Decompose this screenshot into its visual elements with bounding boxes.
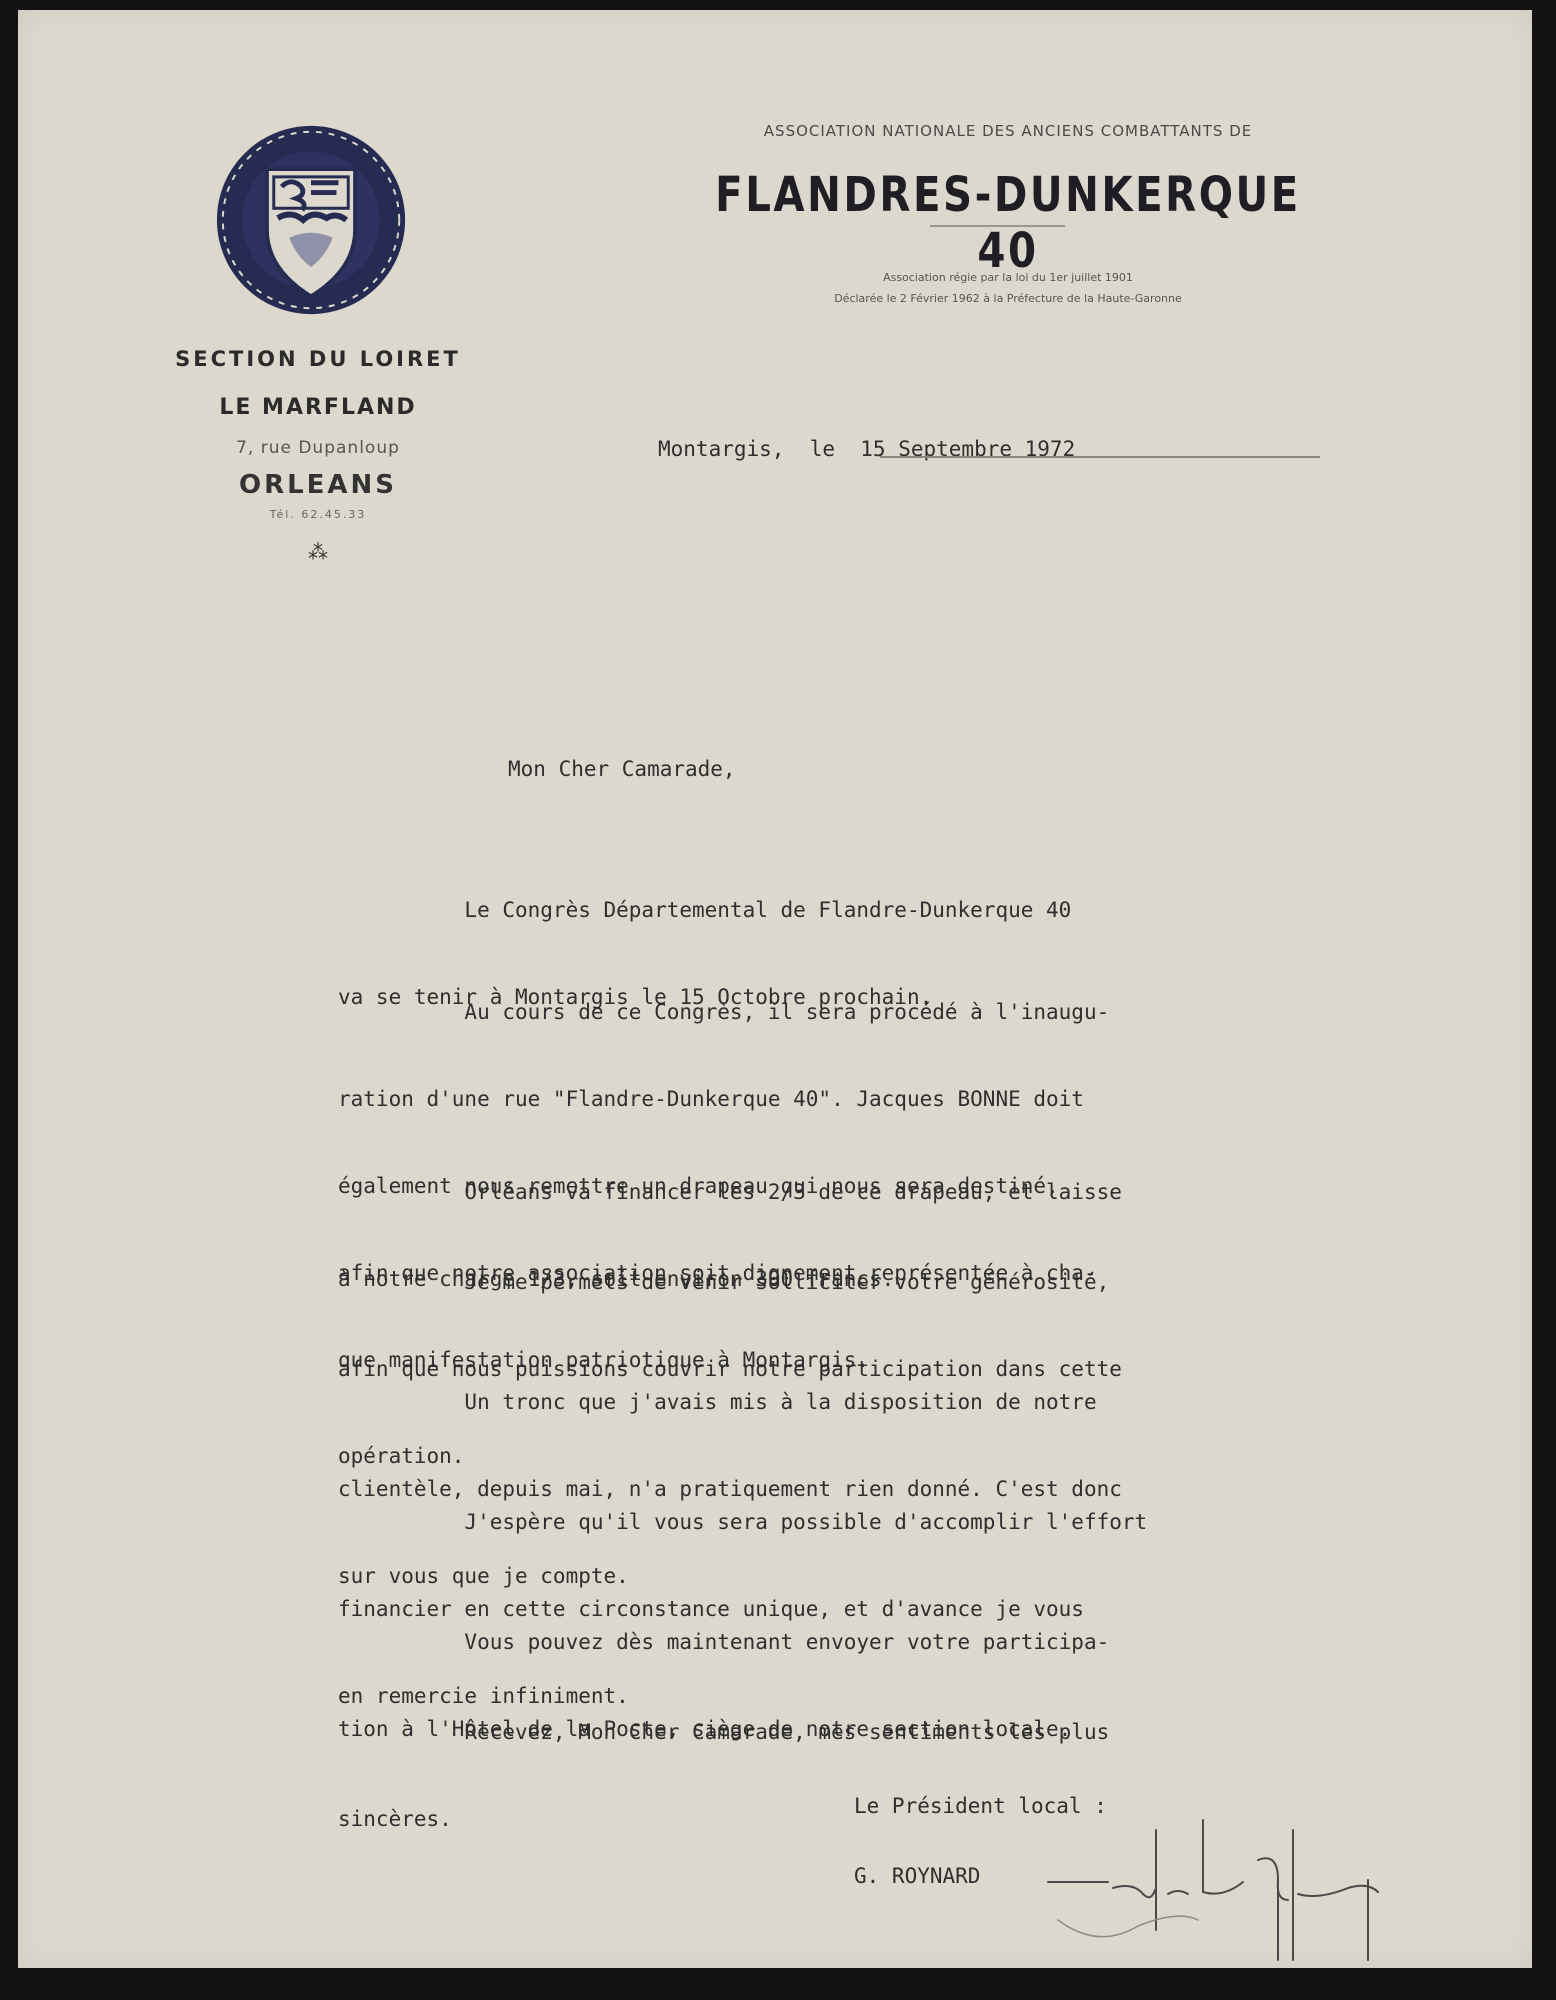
signoff-name: G. ROYNARD: [854, 1862, 980, 1891]
ornament-mark-icon: ⁂: [138, 540, 498, 564]
line: Je me permets de venir solliciter votre …: [338, 1268, 1122, 1297]
legal-line-1: Association régie par la loi du 1er juil…: [658, 271, 1358, 284]
line: Un tronc que j'avais mis à la dispositio…: [338, 1388, 1122, 1417]
line: J'espère qu'il vous sera possible d'acco…: [338, 1508, 1147, 1537]
city-name: ORLEANS: [138, 470, 498, 500]
line: Orléans va financer les 2/3 de ce drapea…: [338, 1178, 1122, 1207]
line: ration d'une rue "Flandre-Dunkerque 40".…: [338, 1085, 1109, 1114]
section-name: SECTION DU LOIRET: [138, 347, 498, 371]
handwritten-signature-icon: [1028, 1810, 1458, 1970]
date-line: Montargis, le 15 Septembre 1972: [658, 435, 1075, 464]
legal-line-2: Déclarée le 2 Février 1962 à la Préfectu…: [658, 292, 1358, 305]
line: Le Congrès Départemental de Flandre-Dunk…: [338, 896, 1071, 925]
header-divider: [930, 225, 1065, 227]
coat-of-arms-emblem-icon: [213, 122, 409, 318]
letter-page: SECTION DU LOIRET LE MARFLAND 7, rue Dup…: [18, 10, 1532, 1968]
line: Au cours de ce Congrès, il sera procédé …: [338, 998, 1109, 1027]
association-line: ASSOCIATION NATIONALE DES ANCIENS COMBAT…: [658, 122, 1358, 140]
organization-title: FLANDRES-DUNKERQUE 40: [714, 167, 1302, 279]
establishment-name: LE MARFLAND: [138, 395, 498, 420]
date-underline: [880, 456, 1320, 458]
line: Recevez, Mon Cher Camarade, mes sentimen…: [338, 1718, 1109, 1747]
paragraph-8: Recevez, Mon Cher Camarade, mes sentimen…: [338, 1660, 1109, 1892]
contact-line: Tél. 62.45.33: [138, 508, 498, 521]
line: Vous pouvez dès maintenant envoyer votre…: [338, 1628, 1109, 1657]
salutation: Mon Cher Camarade,: [508, 755, 736, 784]
street-address: 7, rue Dupanloup: [138, 438, 498, 458]
